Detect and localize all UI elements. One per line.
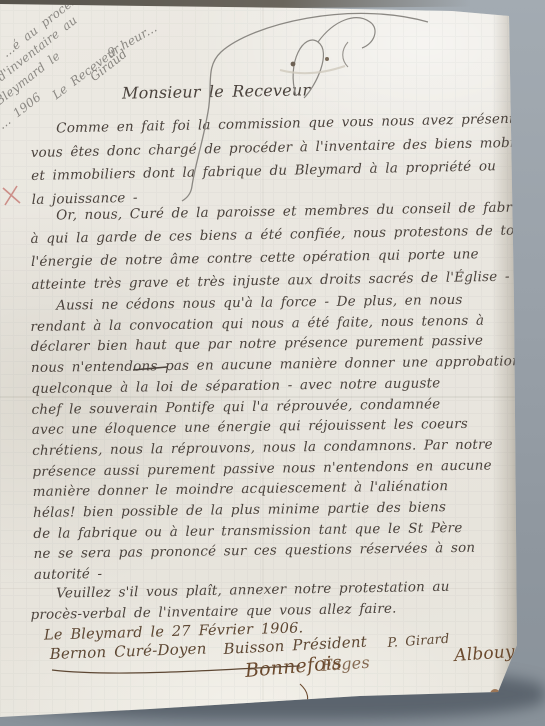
strikethrough-pas xyxy=(133,367,167,370)
signature-underline xyxy=(52,666,300,673)
ink-and-pencil-decorations xyxy=(0,0,545,726)
paper-dent-shading xyxy=(280,66,345,73)
photo-of-letter: ...é au procès d'inventaire au Bleymard … xyxy=(0,0,545,726)
pencil-flourish xyxy=(182,13,428,201)
giraud-signature-loops xyxy=(293,18,375,98)
paper-hole-right xyxy=(325,57,329,61)
letter-paper: ...é au procès d'inventaire au Bleymard … xyxy=(0,0,545,726)
red-cross-mark xyxy=(3,186,20,205)
paper-hole-left xyxy=(291,62,296,67)
pencil-parenthesis-mark xyxy=(343,42,348,67)
